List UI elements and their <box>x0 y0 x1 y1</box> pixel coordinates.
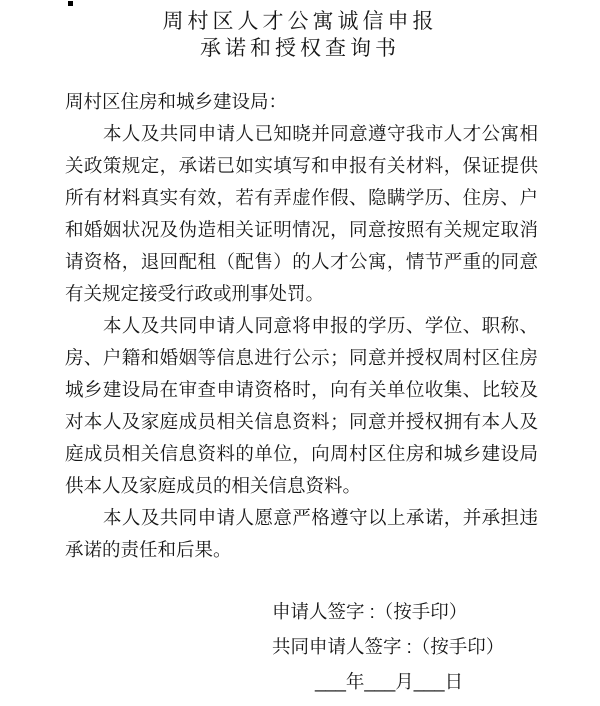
body-line: 关政策规定，承诺已如实填写和申报有关材料，保证提供的 <box>65 150 538 182</box>
co-applicant-signature-label: 共同申请人签字 :（按手印） <box>272 629 504 664</box>
body-line: 本人及共同申请人同意将申报的学历、学位、职称、住 <box>65 310 538 342</box>
corner-mark-icon <box>68 1 73 6</box>
document-title: 周村区人才公寓诚信申报 承诺和授权查询书 <box>0 8 600 62</box>
body-line: 本人及共同申请人已知晓并同意遵守我市人才公寓相 <box>65 118 538 150</box>
date-fill-in-line: ___年___月___日 <box>315 664 504 699</box>
body-line: 房、户籍和婚姻等信息进行公示；同意并授权周村区住房和 <box>65 342 538 374</box>
applicant-signature-label: 申请人签字 :（按手印） <box>272 594 504 629</box>
body-line: 承诺的责任和后果。 <box>65 534 538 566</box>
document-page: 周村区人才公寓诚信申报 承诺和授权查询书 周村区住房和城乡建设局： 本人及共同申… <box>0 0 600 706</box>
body-line: 对本人及家庭成员相关信息资料；同意并授权拥有本人及家 <box>65 406 538 438</box>
salutation: 周村区住房和城乡建设局： <box>65 86 538 118</box>
body-line: 庭成员相关信息资料的单位，向周村区住房和城乡建设局提 <box>65 438 538 470</box>
body-line: 城乡建设局在审查申请资格时，向有关单位收集、比较及核 <box>65 374 538 406</box>
signature-block: 申请人签字 :（按手印） 共同申请人签字 :（按手印） ___年___月___日 <box>272 594 504 699</box>
body-line: 和婚姻状况及伪造相关证明情况，同意按照有关规定取消申 <box>65 214 538 246</box>
title-line-2: 承诺和授权查询书 <box>0 35 600 62</box>
body-line: 供本人及家庭成员的相关信息资料。 <box>65 470 538 502</box>
title-line-1: 周村区人才公寓诚信申报 <box>0 8 600 35</box>
document-body: 周村区住房和城乡建设局： 本人及共同申请人已知晓并同意遵守我市人才公寓相 关政策… <box>65 86 538 566</box>
body-line: 所有材料真实有效，若有弄虚作假、隐瞒学历、住房、户籍 <box>65 182 538 214</box>
body-line: 本人及共同申请人愿意严格遵守以上承诺，并承担违反 <box>65 502 538 534</box>
body-line: 有关规定接受行政或刑事处罚。 <box>65 278 538 310</box>
body-line: 请资格，退回配租（配售）的人才公寓，情节严重的同意按 <box>65 246 538 278</box>
